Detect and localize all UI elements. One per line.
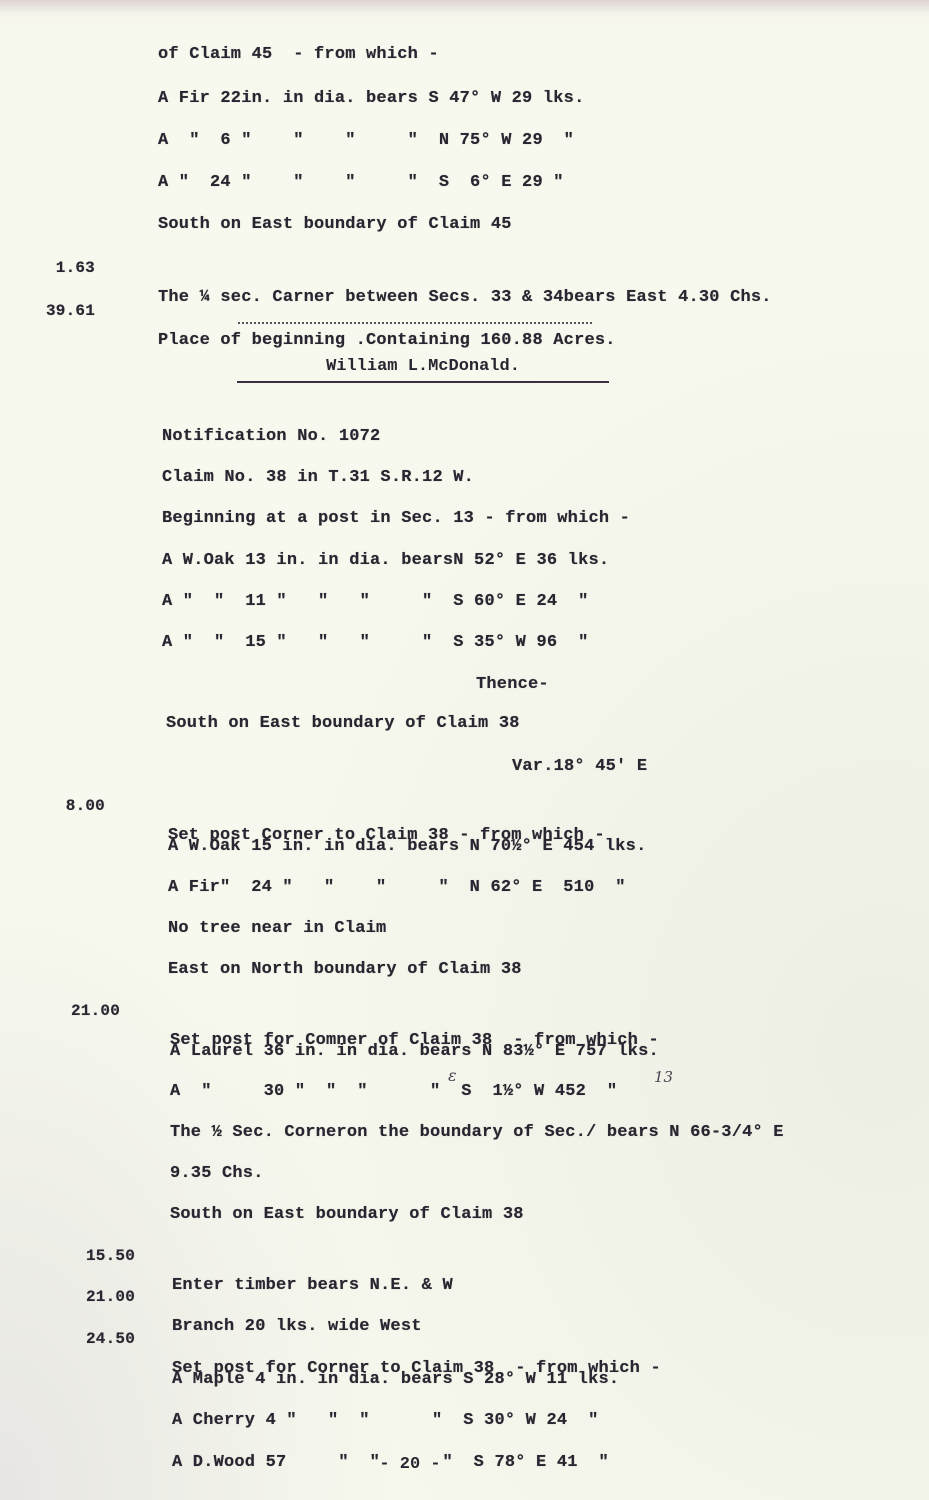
text-line: South on East boundary of Claim 38 (0, 679, 929, 709)
page-number: - 20 - (370, 1455, 450, 1474)
dotted-separator (238, 322, 592, 324)
text-line: East on North boundary of Claim 38 (0, 925, 929, 955)
text-line: No tree near in Claim (0, 884, 929, 914)
document-page: of Claim 45 - from which - A Fir 22in. i… (0, 0, 929, 1500)
text-line: 9.35 Chs. (0, 1129, 929, 1159)
handwritten-section-number: 13 (654, 1068, 673, 1086)
text-line: A Maple 4 in. in dia. bears S 28° W 11 l… (0, 1335, 929, 1365)
text-line: 15.50 Enter timber bears N.E. & W (0, 1211, 929, 1241)
text-line: 21.00 Branch 20 lks. wide West (0, 1252, 929, 1282)
text-line: Var.18° 45' E (0, 722, 929, 752)
text-line: A " " 11 " " " " S 60° E 24 " (0, 557, 929, 587)
text-line: Claim No. 38 in T.31 S.R.12 W. (0, 433, 929, 463)
text-line: A Laurel 36 in. in dia. bears N 83½° E 7… (0, 1007, 929, 1037)
text-line: A Fir" 24 " " " " N 62° E 510 " (0, 843, 929, 873)
text-line: 1.63 The ¼ sec. Carner between Secs. 33 … (0, 223, 929, 253)
text-line: 39.61 Place of beginning .Containing 160… (0, 266, 929, 296)
text-line: The ½ Sec. Corneron the boundary of Sec.… (0, 1088, 929, 1118)
text-line: Notification No. 1072 (0, 392, 929, 422)
text-line: A " 30 " " " " S 1½° W 452 " (0, 1047, 929, 1077)
text-line: 24.50 Set post for Corner to Claim 38 - … (0, 1294, 929, 1324)
text-line: A " 24 " " " " S 6° E 29 " (0, 138, 929, 168)
text-line: 8.00 Set post Corner to Claim 38 - from … (0, 761, 929, 791)
text-line: A W.Oak 15 in. in dia. bears N 70½° E 45… (0, 802, 929, 832)
text-line: of Claim 45 - from which - (0, 10, 929, 40)
text-line: A D.Wood 57 " " " S 78° E 41 " (0, 1418, 929, 1448)
text-line: A Cherry 4 " " " " S 30° W 24 " (0, 1376, 929, 1406)
text-line: A " 6 " " " " N 75° W 29 " (0, 96, 929, 126)
chainage-value: 39.61 (0, 296, 95, 326)
text-line: South on East boundary of Claim 45 (0, 180, 929, 210)
text-line: 21.00 Set post for Comner of Claim 38 - … (0, 966, 929, 996)
text-line: Thence- (0, 640, 929, 670)
text-line: Beginning at a post in Sec. 13 - from wh… (0, 474, 929, 504)
text-line: South on East boundary of Claim 38 (0, 1170, 929, 1200)
text-line: A " " 15 " " " " S 35° W 96 " (0, 598, 929, 628)
claimant-heading: William L.McDonald. (237, 353, 609, 383)
handwritten-insert-mark: ε (448, 1066, 457, 1085)
text-line: A W.Oak 13 in. in dia. bearsN 52° E 36 l… (0, 516, 929, 546)
text-line: A Fir 22in. in dia. bears S 47° W 29 lks… (0, 54, 929, 84)
